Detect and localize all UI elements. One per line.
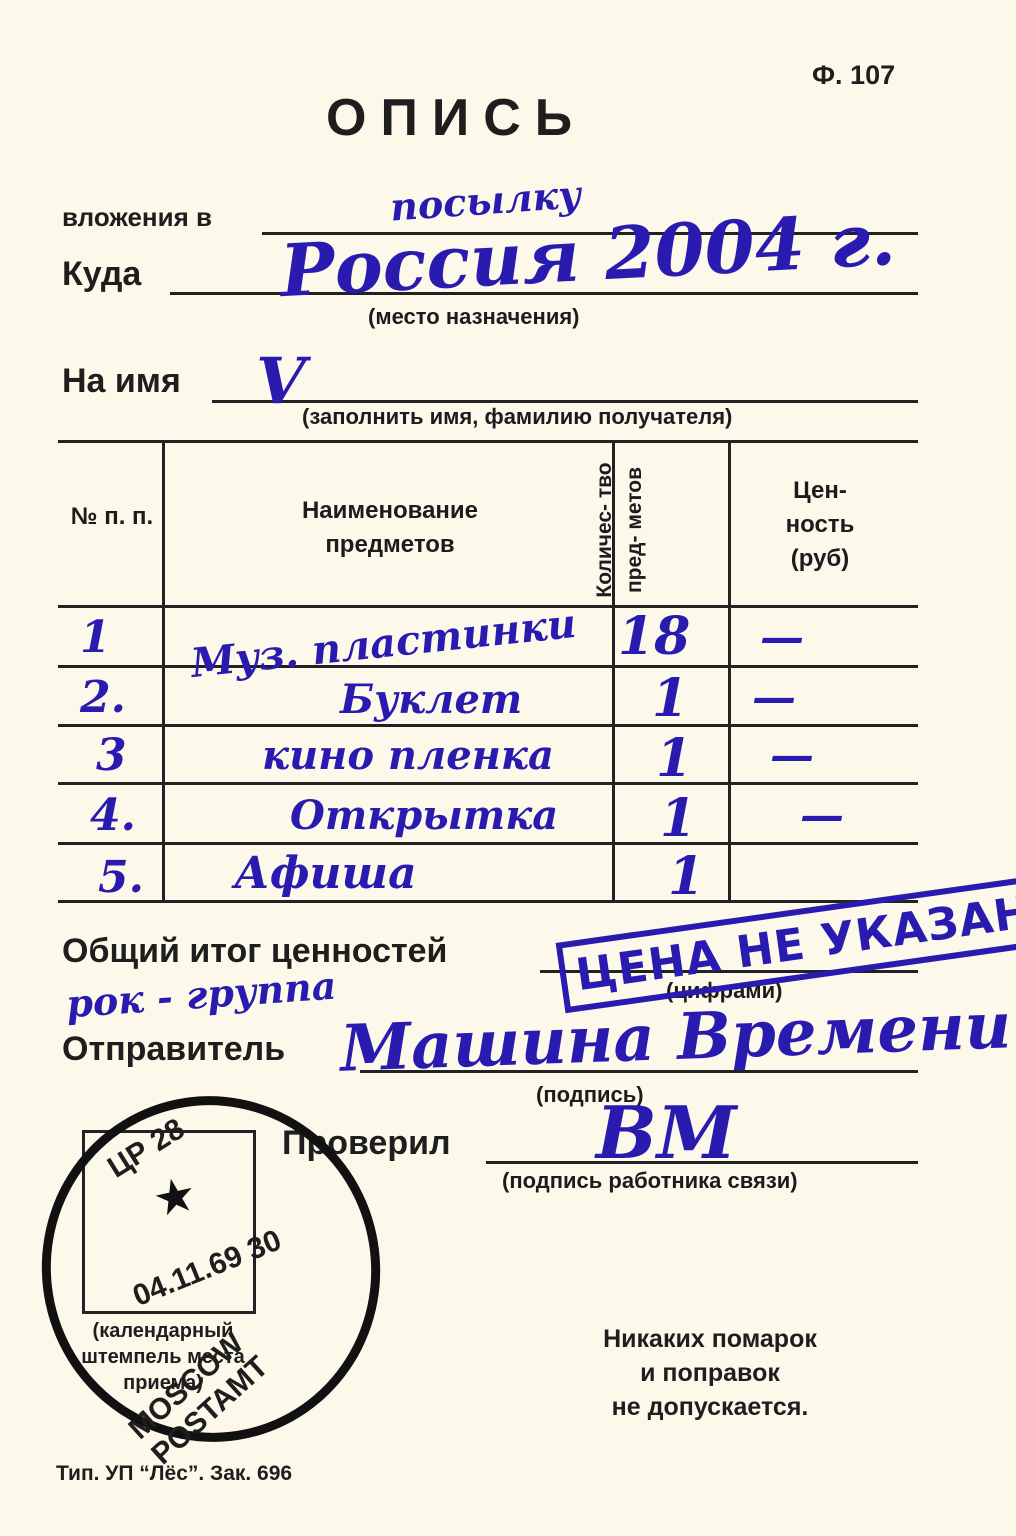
header-name: Наименование предметов	[240, 494, 540, 562]
row-item-name: Буклет	[340, 676, 522, 723]
row-value: —	[770, 730, 814, 781]
row-number: 5.	[98, 852, 144, 903]
notice-line: Никаких помарок	[560, 1322, 860, 1356]
row-quantity: 18	[618, 606, 690, 667]
star-icon: ★	[148, 1165, 202, 1229]
sender-note: рок - группа	[65, 963, 338, 1027]
header-value: Цен- ность (руб)	[760, 474, 880, 576]
destination-caption: (место назначения)	[368, 304, 580, 330]
row-number: 2.	[80, 672, 126, 723]
header-number: № п. п.	[64, 500, 160, 534]
row-item-name: Афиша	[234, 848, 417, 899]
row-item-name: кино пленка	[262, 732, 554, 779]
recipient-caption: (заполнить имя, фамилию получателя)	[302, 404, 732, 430]
row-quantity: 1	[656, 728, 692, 789]
notice-line: не допускается.	[560, 1390, 860, 1424]
notice-line: и поправок	[560, 1356, 860, 1390]
row-item-name: Открытка	[290, 792, 558, 839]
sender-label: Отправитель	[62, 1030, 285, 1069]
recipient-value: V	[256, 344, 306, 419]
row-value: —	[752, 672, 796, 723]
row-quantity: 1	[660, 788, 696, 849]
row-number: 3	[96, 730, 127, 781]
printer-footer: Тип. УП “Лёс”. Зак. 696	[56, 1462, 292, 1486]
row-value: —	[760, 612, 804, 663]
notice-text: Никаких помарок и поправок не допускаетс…	[560, 1322, 860, 1424]
row-quantity: 1	[668, 846, 704, 907]
row-quantity: 1	[652, 668, 688, 729]
postmark-caption: (календарный штемпель места приема)	[58, 1318, 268, 1396]
checked-signature: ВМ	[596, 1090, 737, 1175]
row-number: 1	[80, 612, 111, 663]
totals-label: Общий итог ценностей	[62, 932, 447, 971]
recipient-label: На имя	[62, 362, 181, 401]
row-item-name: Муз. пластинки	[189, 600, 579, 687]
destination-value: Россия 2004 г.	[278, 196, 897, 313]
form-number: Ф. 107	[812, 60, 895, 91]
form-title: ОПИСЬ	[326, 88, 586, 148]
destination-label: Куда	[62, 255, 141, 294]
row-number: 4.	[90, 790, 136, 841]
checked-caption: (подпись работника связи)	[502, 1168, 798, 1194]
header-quantity: Количес- тво пред- метов	[590, 450, 650, 610]
row-value: —	[800, 790, 844, 841]
attachment-label: вложения в	[62, 202, 212, 233]
